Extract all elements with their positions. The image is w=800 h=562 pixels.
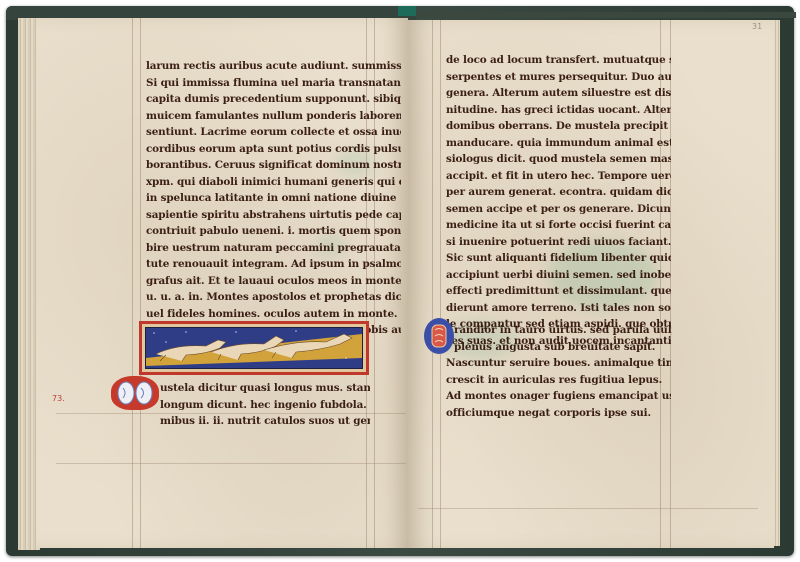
ruling-line — [440, 20, 441, 548]
verse-text: randior in tauro uirtus. sed parula uulp… — [454, 322, 672, 355]
text-line: contriuit pabulo ueneni. i. mortis quem … — [146, 223, 401, 240]
text-line: tute renouauit integram. Ad ipsum in psa… — [146, 256, 401, 273]
text-line: capita dumis precedentium supponunt. sib… — [146, 91, 401, 108]
text-line: serpentes et mures persequitur. Duo aute… — [446, 69, 671, 86]
margin-note: 73. — [52, 394, 65, 403]
text-line: genera. Alterum autem siluestre est dist… — [446, 85, 671, 102]
text-line: borantibus. Ceruus significat dominum no… — [146, 157, 401, 174]
text-line: Nascuntur seruire boues. animalque timor… — [446, 355, 671, 372]
left-page: larum rectis auribus acute audiunt. summ… — [36, 18, 408, 548]
text-line: bire uestrum naturam peccamini pregrauat… — [146, 240, 401, 257]
text-line: grafus ait. Et te lauaui oculos meos in … — [146, 273, 401, 290]
text-line: accipit. et fit in utero hec. Tempore ue… — [446, 168, 671, 185]
ruling-line — [418, 508, 758, 509]
right-page: 31 de loco ad locum transfert. mutuatque… — [408, 20, 774, 548]
text-line: dierunt amore terreno. Isti tales non so… — [446, 300, 671, 317]
text-line: accipiunt uerbi diuini semen. sed inobed… — [446, 267, 671, 284]
text-line: muicem famulantes nullum ponderis labore… — [146, 108, 401, 125]
text-line: longum dicunt. hec ingenio fubdola. In d… — [160, 397, 370, 414]
text-line: mibus ii. ii. nutrit catulos suos ut gen… — [160, 413, 370, 430]
ruling-line — [140, 18, 141, 548]
text-line: effecti predimittunt et dissimulant. que… — [446, 283, 671, 300]
text-line: cordibus eorum apta sunt potius cordis p… — [146, 141, 401, 158]
weasel-section-text: ustela dicitur quasi longus mus. stan te… — [160, 380, 370, 430]
text-line: uel fideles homines. oculos autem in mon… — [146, 306, 401, 323]
binding-edge-right — [416, 12, 796, 18]
weasels-illustration — [146, 328, 362, 366]
text-line: randior in tauro uirtus. sed parula uulp… — [454, 322, 672, 339]
text-line: ustela dicitur quasi longus mus. stan te… — [160, 380, 370, 397]
initial-letter-m — [111, 376, 159, 410]
left-column-text: larum rectis auribus acute audiunt. summ… — [146, 58, 401, 339]
text-line: u. u. a. in. Montes apostolos et prophet… — [146, 289, 401, 306]
text-line: in spelunca latitante in omni natione di… — [146, 190, 401, 207]
text-line: si inuenire potuerint redi uiuos faciant… — [446, 234, 671, 251]
weasel-miniature — [139, 321, 369, 375]
text-line: larum rectis auribus acute audiunt. summ… — [146, 58, 401, 75]
text-line: per aurem generat. econtra. quidam dicun… — [446, 184, 671, 201]
text-line: siologus dicit. quod mustela semen mascu… — [446, 151, 671, 168]
text-line: nitudine. has greci ictidas uocant. Alte… — [446, 102, 671, 119]
ruling-line — [56, 463, 406, 464]
initial-letter-g — [424, 318, 454, 354]
text-line: de loco ad locum transfert. mutuatque se… — [446, 52, 671, 69]
verse-text-continued: Nascuntur seruire boues. animalque timor… — [446, 355, 671, 421]
text-line: semen accipe et per os generare. Dicunt … — [446, 201, 671, 218]
text-line: crescit in auriculas res fugitiua lepus. — [446, 372, 671, 389]
text-line: Sic sunt aliquanti fidelium libenter qui… — [446, 250, 671, 267]
text-line: xpm. qui diaboli inimici humani generis … — [146, 174, 401, 191]
text-line: sapientie spiritu abstrahens uirtutis pe… — [146, 207, 401, 224]
ruling-line — [132, 18, 133, 548]
text-line: plenus angusta sub breuitate sapit. — [454, 339, 672, 356]
text-line: sentiunt. Lacrime eorum collecte et ossa… — [146, 124, 401, 141]
text-line: officiumque negat corporis ipse sui. — [446, 405, 671, 422]
right-column-text: de loco ad locum transfert. mutuatque se… — [446, 52, 671, 349]
text-line: domibus oberrans. De mustela precipit le… — [446, 118, 671, 135]
text-line: Si qui immissa flumina uel maria transna… — [146, 75, 401, 92]
text-line: medicine ita ut si forte occisi fuerint … — [446, 217, 671, 234]
text-line: manducare. quia immundum animal est. Phi — [446, 135, 671, 152]
text-line: Ad montes onager fugiens emancipat usum. — [446, 388, 671, 405]
folio-number: 31 — [752, 22, 762, 31]
binding-tab — [398, 6, 416, 16]
ruling-line — [432, 20, 433, 548]
